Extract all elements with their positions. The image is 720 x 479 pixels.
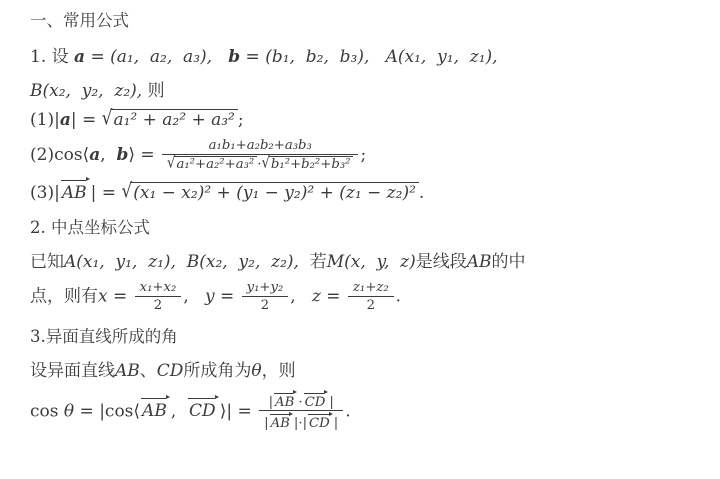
radical-sign: √ — [121, 178, 132, 204]
math-run: . — [345, 401, 350, 421]
math-run: = |cos⟨ — [74, 401, 140, 421]
line-point-b-definition: B(x₂, y₂, z₂), 则 — [30, 80, 710, 102]
text-run: 、 — [140, 361, 157, 381]
square-root: √a₁² + a₂² + a₃² — [102, 109, 238, 131]
fraction-denominator: 2 — [348, 296, 394, 314]
fraction: |AB·CD||AB|·|CD| — [259, 391, 343, 433]
math-run: | = — [71, 110, 102, 130]
formula-document: 一、常用公式 1. 设 a = (a₁, a₂, a₃), b = (b₁, b… — [0, 0, 720, 432]
abs-bar: | — [269, 395, 273, 410]
text-run: 则 — [142, 81, 164, 101]
dot-operator: · — [298, 395, 302, 410]
math-run: z = — [312, 287, 346, 307]
formula-label: (2)cos⟨ — [30, 145, 89, 165]
cos-function: cos — [30, 401, 64, 421]
theta-symbol: θ — [64, 401, 74, 421]
math-run: A(x₁, y₁, z₁), — [64, 252, 187, 272]
text-run: 是线段 — [416, 252, 467, 272]
math-run: . — [419, 183, 424, 203]
segment-ab: AB — [467, 252, 492, 272]
math-run: M(x, y, z) — [327, 252, 416, 272]
radical-sign: √ — [167, 154, 175, 173]
math-run: ; — [238, 110, 244, 130]
vector-cd: CD — [308, 412, 333, 432]
formula-2-cosine-angle: (2)cos⟨a, b⟩ = a₁b₁+a₂b₂+a₃b₃√a₁²+a₂²+a₃… — [30, 138, 710, 173]
math-run: = (b₁, b₂, b₃), A(x₁, y₁, z₁), — [240, 47, 497, 67]
text-run: 点，则有 — [30, 287, 98, 307]
fraction-x: x₁+x₂2 — [135, 280, 182, 314]
formula-3-distance: (3)|AB| = √(x₁ − x₂)² + (y₁ − y₂)² + (z₁… — [30, 178, 710, 204]
vector-a-bold: a — [74, 47, 85, 67]
vector-cd: CD — [304, 391, 329, 411]
math-run: . — [396, 287, 401, 307]
fraction-numerator: y₁+y₂ — [242, 280, 289, 296]
math-run: ⟩ = — [128, 145, 160, 165]
vector-a-bold: a — [89, 145, 100, 165]
abs-bar: | — [264, 416, 268, 431]
text-run: 已知 — [30, 252, 64, 272]
line-ab: AB — [115, 361, 140, 381]
radicand: (x₁ − x₂)² + (y₁ − y₂)² + (z₁ − z₂)² — [131, 182, 419, 203]
vector-ab: AB — [61, 178, 90, 204]
math-run: , — [171, 401, 187, 421]
line-cd: CD — [157, 361, 184, 381]
vector-b-bold: b — [228, 47, 240, 67]
fraction-y: y₁+y₂2 — [242, 280, 289, 314]
fraction-numerator: |AB·CD| — [259, 391, 343, 411]
vector-b-bold: b — [116, 145, 128, 165]
text-run: 所成角为 — [183, 361, 251, 381]
radical-sign: √ — [261, 154, 269, 173]
line-vector-definitions: 1. 设 a = (a₁, a₂, a₃), b = (b₁, b₂, b₃),… — [30, 46, 710, 68]
abs-bar: |·| — [294, 416, 307, 431]
math-run: , — [183, 287, 205, 307]
text-run: 的中 — [492, 252, 526, 272]
math-run: ⟩| = — [220, 401, 257, 421]
math-run: , — [100, 145, 116, 165]
heading-skew-lines-angle: 3.异面直线所成的角 — [30, 326, 710, 347]
fraction-numerator: x₁+x₂ — [135, 280, 182, 296]
line-skew-setup: 设异面直线AB、CD所成角为θ，则 — [30, 360, 710, 382]
fraction-denominator: |AB|·|CD| — [259, 410, 343, 432]
radicand: a₁² + a₂² + a₃² — [111, 109, 237, 130]
vector-cd: CD — [188, 396, 219, 422]
math-run: B(x₂, y₂, z₂), — [30, 81, 142, 101]
text-run: 设异面直线 — [30, 361, 115, 381]
vector-ab: AB — [274, 391, 297, 411]
formula-label: (3)| — [30, 183, 60, 203]
square-root: √(x₁ − x₂)² + (y₁ − y₂)² + (z₁ − z₂)² — [121, 182, 419, 204]
math-run: | = — [91, 183, 122, 203]
fraction-numerator: a₁b₁+a₂b₂+a₃b₃ — [162, 138, 358, 154]
fraction-numerator: z₁+z₂ — [348, 280, 394, 296]
vector-ab: AB — [270, 412, 293, 432]
fraction: a₁b₁+a₂b₂+a₃b₃√a₁²+a₂²+a₃²·√b₁²+b₂²+b₃² — [162, 138, 358, 173]
math-run: B(x₂, y₂, z₂), — [187, 252, 310, 272]
heading-common-formulas: 一、常用公式 — [30, 10, 710, 31]
fraction-denominator: 2 — [135, 296, 182, 314]
fraction-denominator: 2 — [242, 296, 289, 314]
radical-sign: √ — [102, 105, 113, 131]
fraction-denominator: √a₁²+a₂²+a₃²·√b₁²+b₂²+b₃² — [162, 154, 358, 173]
fraction-z: z₁+z₂2 — [348, 280, 394, 314]
radicand: a₁²+a₂²+a₃² — [174, 156, 257, 173]
vector-a-bold: a — [60, 110, 71, 130]
theta-symbol: θ — [251, 361, 261, 381]
math-run: x = — [98, 287, 133, 307]
abs-bar: | — [334, 416, 338, 431]
math-run: ; — [360, 145, 366, 165]
text-run: 若 — [310, 252, 327, 272]
square-root: √a₁²+a₂²+a₃² — [167, 156, 257, 173]
math-run: , — [290, 287, 312, 307]
square-root: √b₁²+b₂²+b₃² — [261, 156, 353, 173]
math-run: y = — [205, 287, 240, 307]
vector-ab: AB — [141, 396, 170, 422]
heading-midpoint-formula: 2. 中点坐标公式 — [30, 217, 710, 238]
text-run: 1. 设 — [30, 47, 74, 67]
formula-label: (1)| — [30, 110, 60, 130]
text-run: ，则 — [262, 361, 296, 381]
radicand: b₁²+b₂²+b₃² — [269, 156, 354, 173]
line-midpoint-given: 已知A(x₁, y₁, z₁), B(x₂, y₂, z₂), 若M(x, y,… — [30, 251, 710, 273]
math-run: = (a₁, a₂, a₃), — [85, 47, 228, 67]
formula-1-magnitude: (1)|a| = √a₁² + a₂² + a₃²; — [30, 109, 710, 131]
abs-bar: | — [329, 395, 333, 410]
formula-4-cos-theta: cos θ = |cos⟨AB, CD⟩| = |AB·CD||AB|·|CD|… — [30, 391, 710, 433]
line-midpoint-result: 点，则有x = x₁+x₂2, y = y₁+y₂2, z = z₁+z₂2. — [30, 280, 710, 314]
